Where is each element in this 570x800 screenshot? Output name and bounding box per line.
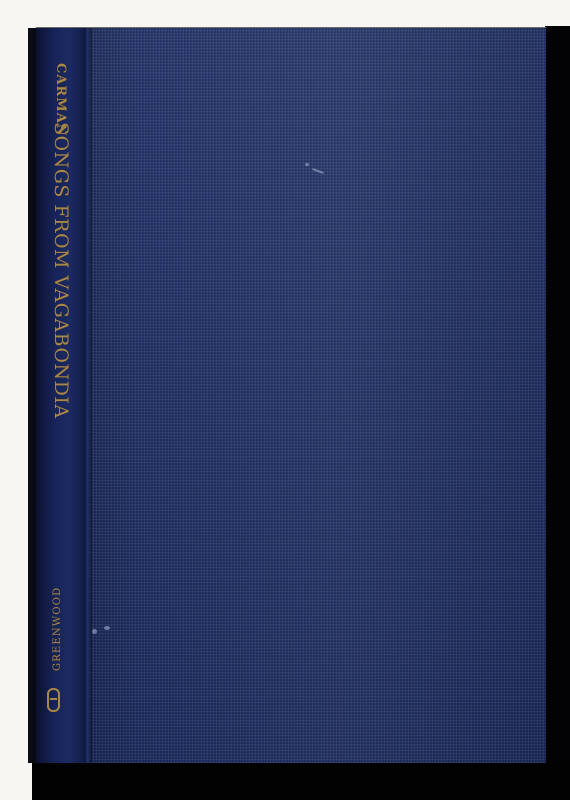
- book-front-cover: [36, 27, 546, 763]
- background-shadow-bottom: [32, 762, 570, 800]
- spine-edge: [28, 28, 36, 763]
- publisher-logo-icon: [47, 688, 60, 712]
- cover-scuff-mark: [92, 629, 97, 634]
- hinge-groove: [90, 28, 92, 763]
- spine-publisher: GREENWOOD: [52, 587, 63, 671]
- spine-title: SONGS FROM VAGABONDIA: [50, 122, 72, 419]
- cover-scuff-mark: [104, 626, 110, 630]
- cover-scuff-mark: [305, 163, 309, 166]
- background-shadow-right: [545, 26, 570, 800]
